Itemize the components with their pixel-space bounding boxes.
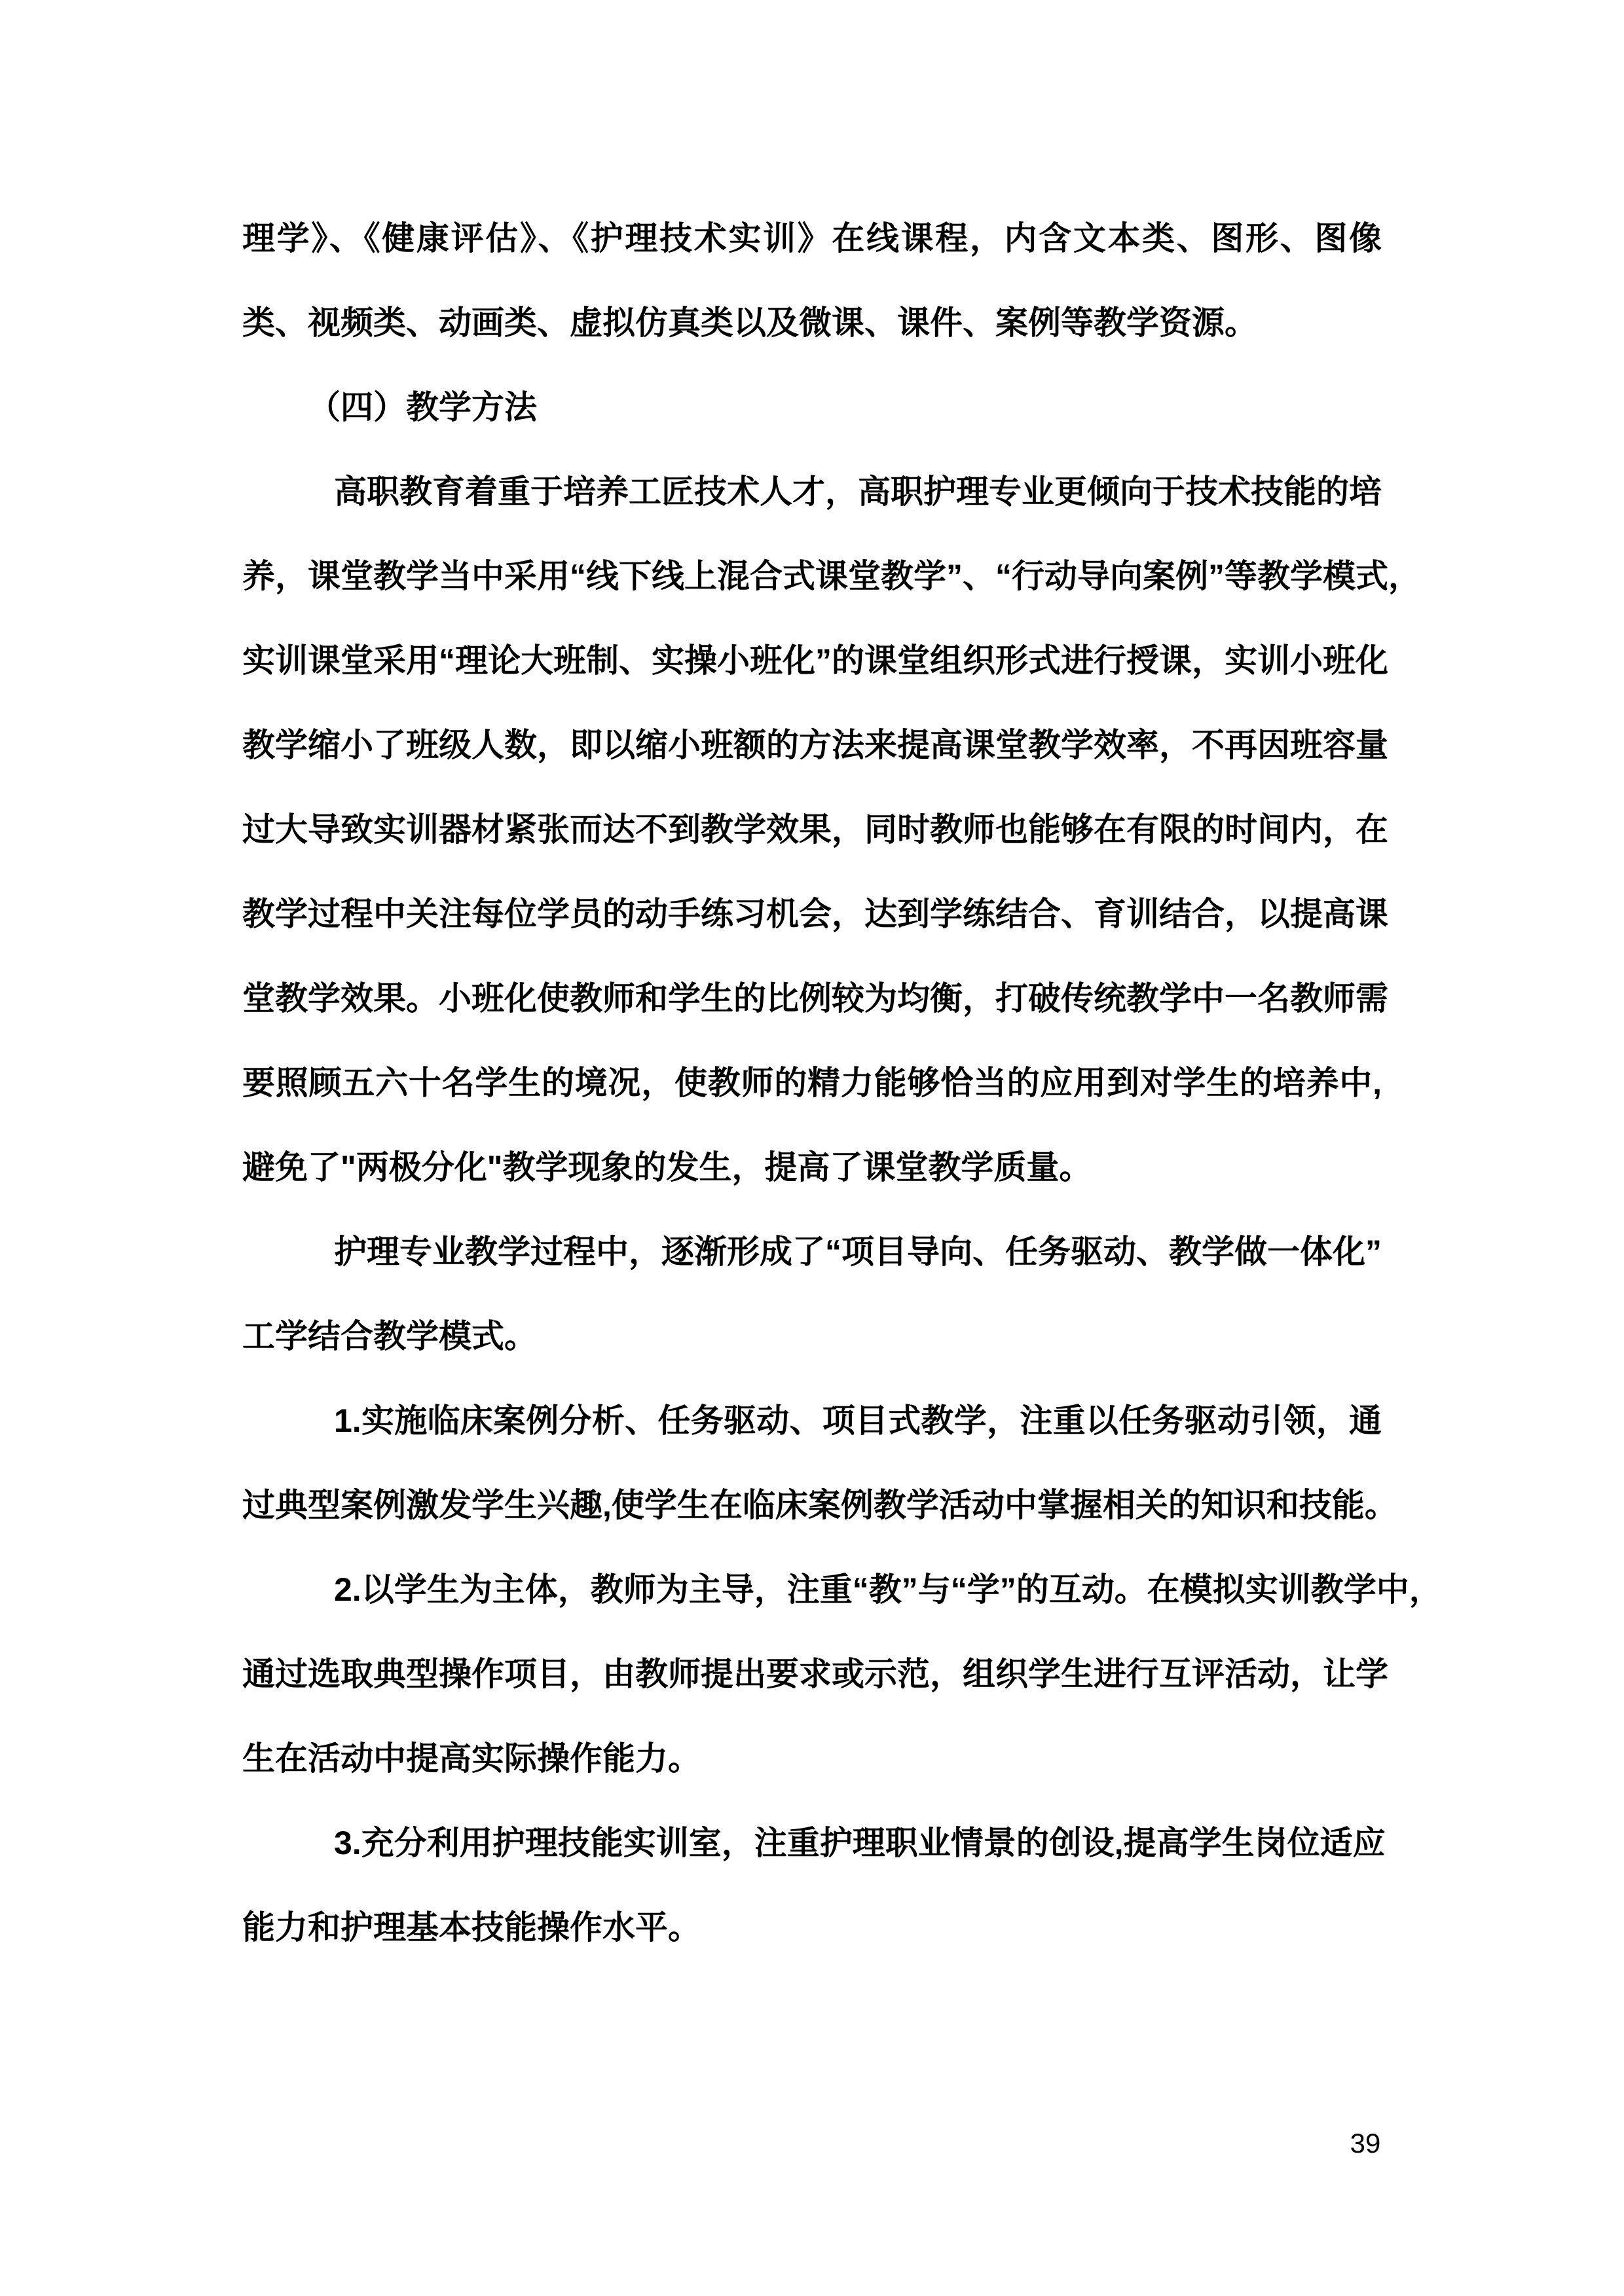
text-line: 生在活动中提高实际操作能力。: [242, 1717, 1382, 1801]
text-line: 工学结合教学模式。: [242, 1294, 1382, 1379]
document-page: 理学》、《健康评估》、《护理技术实训》在线课程，内含文本类、图形、图像 类、视频…: [0, 0, 1624, 2296]
text-line: 护理专业教学过程中，逐渐形成了“项目导向、任务驱动、教学做一体化”: [242, 1210, 1382, 1294]
text-line: 过典型案例激发学生兴趣,使学生在临床案例教学活动中掌握相关的知识和技能。: [242, 1463, 1382, 1548]
section-heading: （四）教学方法: [242, 365, 1382, 450]
text-line: 1.实施临床案例分析、任务驱动、项目式教学，注重以任务驱动引领，通: [242, 1379, 1382, 1463]
text-line: 实训课堂采用“理论大班制、实操小班化”的课堂组织形式进行授课，实训小班化: [242, 619, 1382, 703]
text-line: 避免了"两极分化"教学现象的发生，提高了课堂教学质量。: [242, 1125, 1382, 1210]
text-line: 教学缩小了班级人数，即以缩小班额的方法来提高课堂教学效率，不再因班容量: [242, 703, 1382, 788]
text-line: 通过选取典型操作项目，由教师提出要求或示范，组织学生进行互评活动，让学: [242, 1632, 1382, 1717]
text-line: 要照顾五六十名学生的境况，使教师的精力能够恰当的应用到对学生的培养中,: [242, 1041, 1382, 1125]
text-line: 高职教育着重于培养工匠技术人才，高职护理专业更倾向于技术技能的培: [242, 450, 1382, 534]
text-line: 类、视频类、动画类、虚拟仿真类以及微课、课件、案例等教学资源。: [242, 281, 1382, 365]
text-line: 3.充分利用护理技能实训室，注重护理职业情景的创设,提高学生岗位适应: [242, 1801, 1382, 1886]
text-line: 能力和护理基本技能操作水平。: [242, 1886, 1382, 1970]
text-line: 2.以学生为主体，教师为主导，注重“教”与“学”的互动。在模拟实训教学中，: [242, 1548, 1382, 1632]
document-body: 理学》、《健康评估》、《护理技术实训》在线课程，内含文本类、图形、图像 类、视频…: [242, 196, 1382, 1970]
text-line: 过大导致实训器材紧张而达不到教学效果，同时教师也能够在有限的时间内，在: [242, 788, 1382, 872]
text-line: 堂教学效果。小班化使教师和学生的比例较为均衡，打破传统教学中一名教师需: [242, 957, 1382, 1041]
text-line: 养，课堂教学当中采用“线下线上混合式课堂教学”、“行动导向案例”等教学模式，: [242, 534, 1382, 619]
text-line: 理学》、《健康评估》、《护理技术实训》在线课程，内含文本类、图形、图像: [242, 196, 1382, 281]
text-line: 教学过程中关注每位学员的动手练习机会，达到学练结合、育训结合，以提高课: [242, 872, 1382, 957]
page-number: 39: [1323, 2124, 1408, 2163]
